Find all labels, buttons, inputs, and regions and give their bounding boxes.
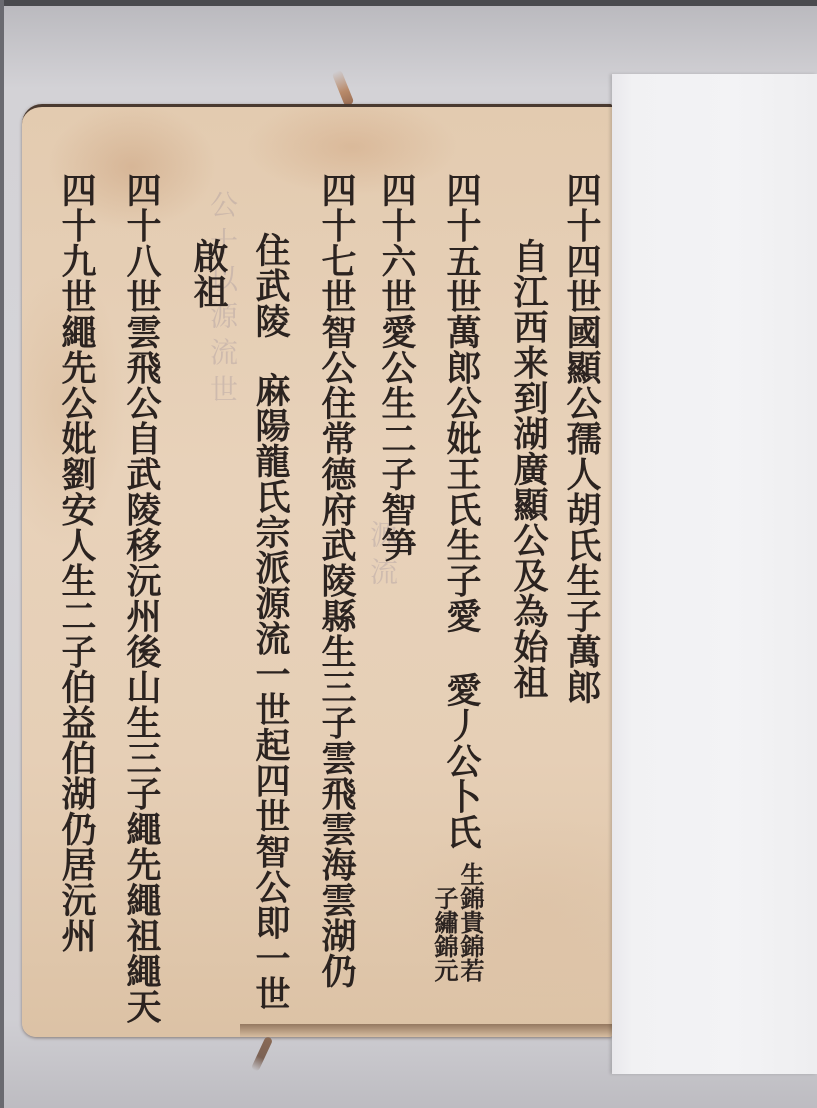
page-bottom-shadow	[240, 1024, 612, 1038]
column-gen49: 四十九世繩先公妣劉安人生二子伯益伯湖仍居沅州	[58, 172, 93, 953]
scanner-top-edge	[0, 0, 817, 6]
column-gen44-note: 自江西来到湖廣顯公及為始祖	[510, 238, 545, 700]
column-gen47-note-continuation: 麻陽龍氏宗派源流一世起四世智公即一世	[252, 372, 287, 1011]
column-gen48: 四十八世雲飛公自武陵移沅州後山生三子繩先繩祖繩天	[123, 172, 158, 1024]
annotation-left-line: 子繡錦元	[432, 886, 456, 982]
column-gen47: 四十七世智公住常德府武陵縣生三子雲飛雲海雲湖仍	[318, 172, 353, 989]
column-gen46: 四十六世愛公生二子智笋	[378, 172, 413, 563]
annotation-right-line: 生錦貴錦若	[458, 862, 482, 982]
white-backing-sheet	[612, 74, 817, 1074]
scanner-left-edge	[0, 0, 4, 1108]
column-gen45: 四十五世萬郎公妣王氏生子愛	[443, 172, 478, 634]
column-gen47-note-end: 啟祖	[190, 238, 225, 309]
column-gen44: 四十四世國顯公孺人胡氏生子萬郎	[563, 172, 598, 705]
column-gen45-continuation: 愛丿公卜氏	[443, 672, 478, 850]
column-gen47-note: 住武陵	[252, 232, 287, 339]
